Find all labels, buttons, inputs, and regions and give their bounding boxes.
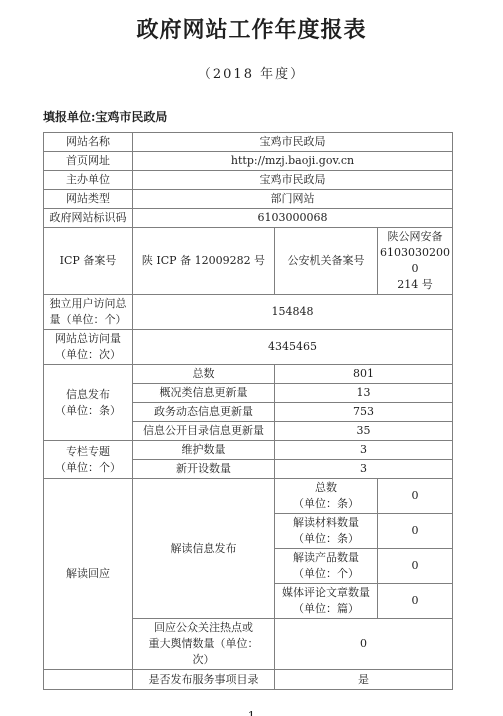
special-columns-label: 专栏专题 （单位：个）: [44, 441, 133, 479]
interpretation-label: 解读回应: [44, 479, 133, 670]
overview-update-label: 概况类信息更新量: [133, 384, 275, 403]
table-row: 政府网站标识码 6103000068: [44, 209, 453, 228]
info-total-value: 801: [275, 365, 453, 384]
public-response-label: 回应公众关注热点或 重大舆情数量（单位： 次）: [133, 619, 275, 670]
police-record-value: 陕公网安备 61030302000 214 号: [378, 228, 453, 295]
overview-update-value: 13: [275, 384, 453, 403]
table-row: 网站类型 部门网站: [44, 190, 453, 209]
unique-visitors-label: 独立用户访问总 量（单位：个）: [44, 295, 133, 330]
report-table: 网站名称 宝鸡市民政局 首页网址 http://mzj.baoji.gov.cn…: [43, 132, 453, 690]
total-visits-label: 网站总访问量 （单位：次）: [44, 330, 133, 365]
table-row: 主办单位 宝鸡市民政局: [44, 171, 453, 190]
open-directory-update-value: 35: [275, 422, 453, 441]
maintained-count-value: 3: [275, 441, 453, 460]
table-row: 专栏专题 （单位：个） 维护数量 3: [44, 441, 453, 460]
table-row: 首页网址 http://mzj.baoji.gov.cn: [44, 152, 453, 171]
table-row: 网站名称 宝鸡市民政局: [44, 133, 453, 152]
site-name-label: 网站名称: [44, 133, 133, 152]
info-publish-label: 信息发布 （单位：条）: [44, 365, 133, 441]
table-row: 网站总访问量 （单位：次） 4345465: [44, 330, 453, 365]
site-id-value: 6103000068: [133, 209, 453, 228]
interp-materials-label: 解读材料数量 （单位：条）: [275, 514, 378, 549]
service-directory-value: 是: [275, 670, 453, 690]
table-row: 独立用户访问总 量（单位：个） 154848: [44, 295, 453, 330]
page-number: 1: [0, 709, 503, 716]
interp-total-value: 0: [378, 479, 453, 514]
gov-news-update-value: 753: [275, 403, 453, 422]
media-articles-label: 媒体评论文章数量 （单位：篇）: [275, 584, 378, 619]
table-row: 是否发布服务事项目录 是: [44, 670, 453, 690]
icp-label: ICP 备案号: [44, 228, 133, 295]
page-title: 政府网站工作年度报表: [0, 0, 503, 43]
police-record-label: 公安机关备案号: [275, 228, 378, 295]
table-row: ICP 备案号 陕 ICP 备 12009282 号 公安机关备案号 陕公网安备…: [44, 228, 453, 295]
empty-cell: [44, 670, 133, 690]
interp-materials-value: 0: [378, 514, 453, 549]
icp-value: 陕 ICP 备 12009282 号: [133, 228, 275, 295]
public-response-value: 0: [275, 619, 453, 670]
homepage-url-value: http://mzj.baoji.gov.cn: [133, 152, 453, 171]
gov-news-update-label: 政务动态信息更新量: [133, 403, 275, 422]
site-type-value: 部门网站: [133, 190, 453, 209]
homepage-url-label: 首页网址: [44, 152, 133, 171]
service-directory-label: 是否发布服务事项目录: [133, 670, 275, 690]
media-articles-value: 0: [378, 584, 453, 619]
table-row: 信息发布 （单位：条） 总数 801: [44, 365, 453, 384]
maintained-count-label: 维护数量: [133, 441, 275, 460]
sponsor-value: 宝鸡市民政局: [133, 171, 453, 190]
interpretation-publish-label: 解读信息发布: [133, 479, 275, 619]
open-directory-update-label: 信息公开目录信息更新量: [133, 422, 275, 441]
site-name-value: 宝鸡市民政局: [133, 133, 453, 152]
site-type-label: 网站类型: [44, 190, 133, 209]
table-row: 解读回应 解读信息发布 总数 （单位：条） 0: [44, 479, 453, 514]
page-subtitle: （2018 年度）: [0, 67, 503, 83]
total-visits-value: 4345465: [133, 330, 453, 365]
site-id-label: 政府网站标识码: [44, 209, 133, 228]
reporting-unit: 填报单位:宝鸡市民政局: [43, 110, 503, 125]
new-count-value: 3: [275, 460, 453, 479]
unique-visitors-value: 154848: [133, 295, 453, 330]
interp-products-label: 解读产品数量 （单位：个）: [275, 549, 378, 584]
sponsor-label: 主办单位: [44, 171, 133, 190]
info-total-label: 总数: [133, 365, 275, 384]
interp-total-label: 总数 （单位：条）: [275, 479, 378, 514]
new-count-label: 新开设数量: [133, 460, 275, 479]
interp-products-value: 0: [378, 549, 453, 584]
